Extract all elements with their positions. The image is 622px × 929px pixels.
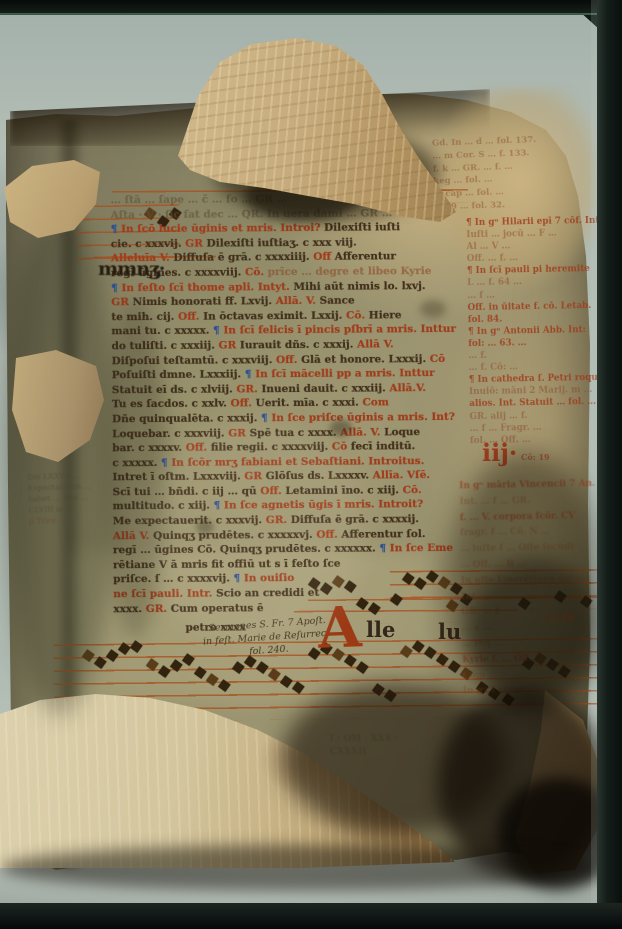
text-segment: fecī inditū.: [351, 440, 415, 452]
text-segment: Inuiō: māni 2 Marij. m …: [469, 385, 592, 397]
text-segment: GR: [219, 339, 240, 351]
text-segment: Mihi aūt nimis lo. lxvj.: [293, 280, 425, 293]
film-edge-line: [0, 13, 622, 15]
text-segment: Al … V …: [466, 242, 510, 253]
text-segment: Off.: [178, 310, 203, 322]
text-segment: Loque: [384, 426, 420, 438]
text-segment: fol. 240.: [249, 644, 289, 658]
text-segment: Sance: [320, 295, 355, 307]
text-segment: ¶: [213, 325, 223, 337]
text-segment: prīce … degre et libeo Kyrie: [268, 265, 432, 278]
text-segment: GR: [185, 237, 206, 249]
text-segment: Cō.: [245, 266, 268, 278]
stain: [468, 558, 600, 710]
text-segment: Com: [362, 397, 389, 409]
text-segment: GR. alij … f.: [469, 411, 527, 422]
alleluia-syllable: lle: [366, 617, 395, 642]
text-segment: Cō: [332, 441, 351, 453]
film-edge-top: [0, 0, 622, 14]
text-segment: In ōctavas eximit. Lxxij.: [203, 309, 346, 322]
text-segment: Iurauit dñs. c xxxij.: [240, 339, 357, 352]
stain: [420, 300, 446, 318]
text-segment: Cō.: [403, 484, 422, 496]
text-segment: Allīa. Vſē.: [373, 469, 430, 481]
text-line: mani tu. c xxxxx. ¶ In ſcī felicis ī pin…: [111, 322, 477, 339]
text-segment: Off.: [230, 398, 255, 410]
text-segment: Dilexiſti iuſtiaʒ. c xxx viij.: [207, 236, 357, 249]
text-segment: Allā V.: [357, 338, 394, 350]
stain: [330, 420, 352, 436]
text-segment: Afferentur: [335, 251, 396, 263]
text-segment: Cō.: [346, 309, 369, 321]
text-segment: In ſce priſce ūginis a mris. Int?: [271, 411, 455, 424]
text-segment: Off: [313, 251, 335, 263]
text-segment: Allā.V.: [389, 382, 426, 394]
text-segment: Dilexiſti iuſti: [324, 221, 400, 234]
text-line: Statuit eī ds. c xlviij. GR. Inueni daui…: [112, 380, 478, 397]
text-segment: GR.: [236, 383, 261, 395]
text-segment: Off. in ūitate f. cō. Letab.: [467, 301, 591, 313]
text-segment: alios. Int. Statuit … fol. …: [469, 397, 596, 409]
text-segment: … f.: [468, 351, 487, 361]
text-segment: Uerit. mīa. c xxxi.: [256, 397, 363, 410]
text-segment: In ſcō lucie ūginis et mris. Introi?: [121, 222, 324, 235]
film-edge-bottom: [0, 903, 622, 929]
text-segment: In feſto ſcī thome apli. Intyt.: [121, 281, 293, 294]
text-segment: … f. Cō: …: [469, 362, 519, 373]
text-line: ¶ In gᵒ Hilarii epī 7 cōf. Int: [466, 215, 594, 229]
text-segment: Nimis honorati ff. Lxvij.: [133, 295, 276, 308]
glare-highlight: [140, 418, 365, 643]
text-segment: ¶: [111, 223, 121, 235]
text-segment: ¶: [111, 282, 121, 294]
text-segment: In ſcī mācelli pp a mris. Inttur: [255, 367, 435, 380]
text-segment: ¶ In gᵒ Hilarii epī 7 cōf. Int: [466, 216, 600, 228]
text-segment: In ſce Eme: [390, 542, 453, 554]
text-segment: keg … fol. …: [433, 175, 493, 187]
text-segment: ¶ In gᵒ Antonii Abb. Int:: [468, 325, 586, 337]
text-segment: In ſcī felicis ī pincis pſbrī a mris. In…: [223, 323, 456, 337]
text-segment: Glā et honore. Lxxxij.: [301, 353, 430, 366]
text-segment: … f …: [467, 290, 495, 300]
text-segment: ¶ In ſcī pauli pi heremite: [467, 264, 590, 276]
text-segment: ¶: [379, 543, 389, 555]
text-line: Dñe quinqualēta. c xxxij. ¶ In ſce priſc…: [112, 410, 478, 427]
text-segment: Iuſti … jocū … F …: [466, 229, 557, 241]
quire-mark: mmnʒ·: [98, 258, 164, 280]
text-segment: fol. 84.: [468, 314, 503, 325]
text-segment: Hiere: [369, 309, 402, 321]
text-line: ¶ In feſto ſcī thome apli. Intyt. Mihi a…: [111, 278, 477, 295]
stain: [0, 845, 600, 891]
text-line: Off. in ūitate f. cō. Letab.: [467, 300, 595, 314]
text-segment: Off. … f. …: [467, 254, 518, 265]
text-segment: Diffuſa ē grā. c xxxxiiij.: [173, 251, 313, 264]
text-segment: Off.: [276, 353, 301, 365]
text-segment: f. k … GR. … f. …: [433, 161, 513, 174]
manuscript-photograph: Gd. In … d … fol. 137.… m Cor. S … f. 13…: [0, 0, 622, 929]
text-segment: L … f. 64 …: [467, 278, 522, 289]
text-segment: Allā. V.: [276, 295, 320, 307]
right-index-column-upper: ¶ In gᵒ Hilarii epī 7 cōf. IntIuſti … jo…: [466, 215, 598, 447]
film-edge-right: [597, 0, 622, 929]
text-segment: … m Cor. S … f. 133.: [432, 148, 529, 161]
text-line: alios. Int. Statuit … fol. …: [469, 396, 597, 410]
text-segment: cie. c xxxvij.: [111, 238, 185, 251]
text-segment: fol: … 63. …: [468, 338, 526, 349]
text-segment: ¶: [245, 368, 255, 380]
text-segment: Inueni dauit. c xxxiij.: [261, 382, 389, 395]
text-segment: … f … Fragr. …: [470, 422, 542, 433]
text-segment: Cō: [430, 352, 445, 364]
text-line: ¶ In gᵒ Antonii Abb. Int:: [468, 324, 596, 338]
